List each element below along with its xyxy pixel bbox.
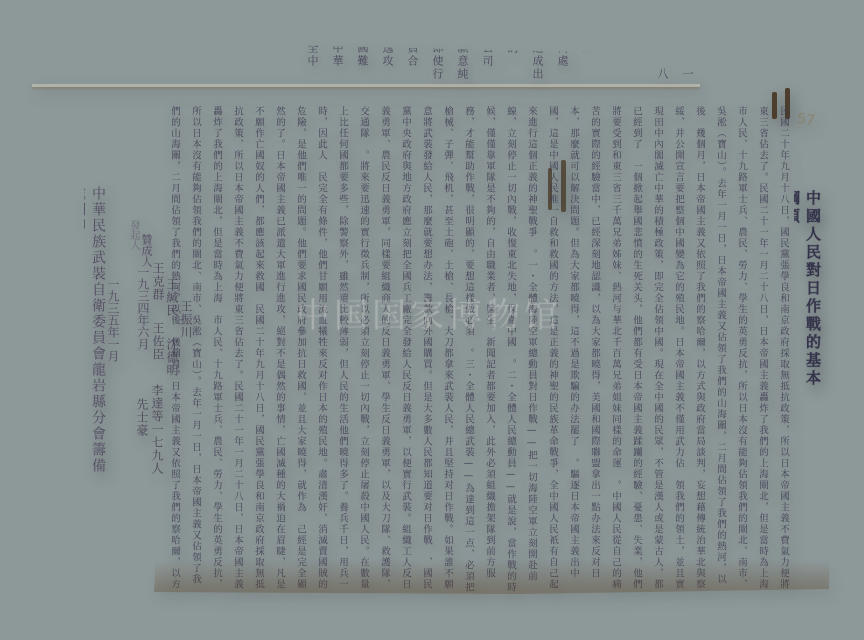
date-1935: 一九三五年一月 <box>104 278 122 398</box>
endorser-count: 李達等一七九人 <box>150 384 166 502</box>
endorser-name: 先士豪 <box>135 398 151 454</box>
pencil-note: 57 <box>796 111 816 129</box>
document-title: 中國人民對日作戰的基本綱領 <box>794 190 824 405</box>
photo-scene: 四 一例 八 勝 如 加 商處 這成出的 公司 願意純 即使行 員合 逸攻 國難… <box>0 0 864 640</box>
back-document-top-text: 四 一例 八 勝 如 加 商處 這成出的 公司 願意純 即使行 員合 逸攻 國難… <box>176 42 700 90</box>
document-body-text: 民國二十年九月十八日，國民黨張學良和南京政府採取無抵抗政策，所以日本帝國主義不費… <box>172 106 794 596</box>
date-1934: 一九三四年六月 <box>134 266 152 386</box>
